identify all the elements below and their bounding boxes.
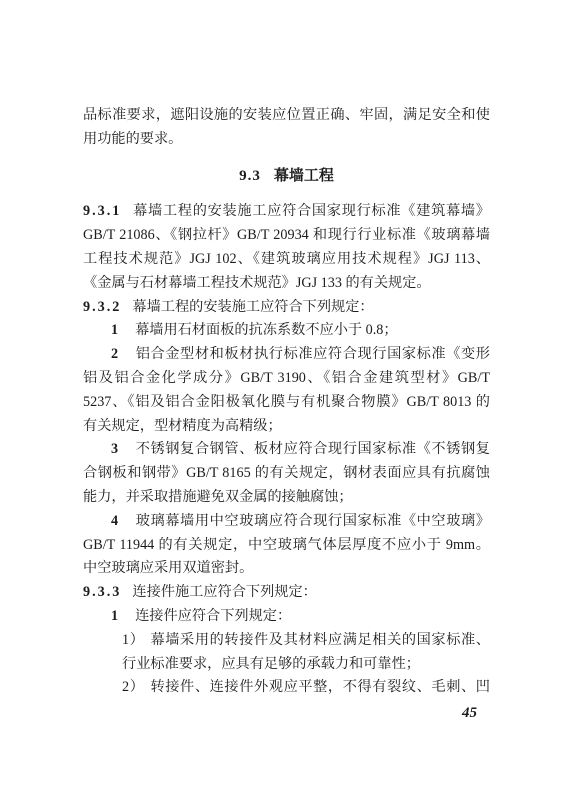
subitem-line: 行业标准要求，应具有足够的承载力和可靠性；: [83, 653, 490, 677]
subitem-text: 转接件、连接件外观应平整，不得有裂纹、毛刺、凹: [150, 679, 490, 695]
text-column: 品标准要求，遮阳设施的安装应位置正确、牢固，满足安全和使 用功能的要求。 9.3…: [83, 0, 490, 726]
item-line: 能力，并采取措施避免双金属的接触腐蚀；: [83, 486, 490, 510]
clause-text: 连接件施工应符合下列规定：: [132, 584, 316, 600]
clause-number: 9.3.3: [83, 584, 121, 600]
section-heading-title: 幕墙工程: [274, 168, 334, 184]
item-number: 1: [111, 322, 118, 338]
item-line: 1连接件应符合下列规定：: [83, 605, 490, 629]
item-line: 2铝合金型材和板材执行标准应符合现行国家标准《变形: [83, 343, 490, 367]
section-heading-number: 9.3: [239, 168, 261, 184]
item-number: 1: [111, 608, 118, 624]
subitem-marker: 2）: [122, 679, 144, 695]
clause-line: 《金属与石材幕墙工程技术规范》JGJ 133 的有关规定。: [83, 272, 490, 296]
item-line: 合钢板和钢带》GB/T 8165 的有关规定，钢材表面应具有抗腐蚀: [83, 462, 490, 486]
item-text: 玻璃幕墙用中空玻璃应符合现行国家标准《中空玻璃》: [135, 513, 490, 529]
item-line: 5237、《铝及铝合金阳极氧化膜与有机聚合物膜》GB/T 8013 的: [83, 391, 490, 415]
item-line: 1幕墙用石材面板的抗冻系数不应小于 0.8；: [83, 319, 490, 343]
document-page: 品标准要求，遮阳设施的安装应位置正确、牢固，满足安全和使 用功能的要求。 9.3…: [0, 0, 561, 804]
paragraph-continuation-line: 用功能的要求。: [83, 128, 490, 152]
clause-line: 工程技术规范》JGJ 102、《建筑玻璃应用技术规程》JGJ 113、: [83, 248, 490, 272]
item-text: 幕墙用石材面板的抗冻系数不应小于 0.8；: [135, 322, 397, 338]
paragraph-continuation-line: 品标准要求，遮阳设施的安装应位置正确、牢固，满足安全和使: [83, 104, 490, 128]
section-heading: 9.3幕墙工程: [83, 165, 490, 189]
item-line: 中空玻璃应采用双道密封。: [83, 557, 490, 581]
item-number: 4: [111, 513, 118, 529]
clause-line: GB/T 21086、《钢拉杆》GB/T 20934 和现行行业标准《玻璃幕墙: [83, 224, 490, 248]
item-number: 3: [111, 441, 118, 457]
clause-number: 9.3.2: [83, 299, 121, 315]
item-text: 连接件应符合下列规定：: [135, 608, 291, 624]
subitem-marker: 1）: [122, 632, 144, 648]
item-line: 3不锈钢复合钢管、板材应符合现行国家标准《不锈钢复: [83, 438, 490, 462]
clause-number: 9.3.1: [83, 203, 121, 219]
item-line: 有关规定，型材精度为高精级；: [83, 415, 490, 439]
clause-text: 幕墙工程的安装施工应符合下列规定：: [132, 299, 373, 315]
subitem-text: 幕墙采用的转接件及其材料应满足相关的国家标准、: [150, 632, 490, 648]
item-line: GB/T 11944 的有关规定，中空玻璃气体层厚度不应小于 9mm。: [83, 534, 490, 558]
page-number: 45: [83, 702, 490, 726]
clause-line: 9.3.1幕墙工程的安装施工应符合国家现行标准《建筑幕墙》: [83, 200, 490, 224]
item-text: 不锈钢复合钢管、板材应符合现行国家标准《不锈钢复: [135, 441, 490, 457]
clause-line: 9.3.3连接件施工应符合下列规定：: [83, 581, 490, 605]
clause-text: 幕墙工程的安装施工应符合国家现行标准《建筑幕墙》: [132, 203, 490, 219]
item-number: 2: [111, 346, 118, 362]
item-line: 铝及铝合金化学成分》GB/T 3190、《铝合金建筑型材》GB/T: [83, 367, 490, 391]
item-text: 铝合金型材和板材执行标准应符合现行国家标准《变形: [135, 346, 490, 362]
clause-line: 9.3.2幕墙工程的安装施工应符合下列规定：: [83, 296, 490, 320]
item-line: 4玻璃幕墙用中空玻璃应符合现行国家标准《中空玻璃》: [83, 510, 490, 534]
subitem-line: 2）转接件、连接件外观应平整，不得有裂纹、毛刺、凹: [83, 676, 490, 700]
subitem-line: 1）幕墙采用的转接件及其材料应满足相关的国家标准、: [83, 629, 490, 653]
